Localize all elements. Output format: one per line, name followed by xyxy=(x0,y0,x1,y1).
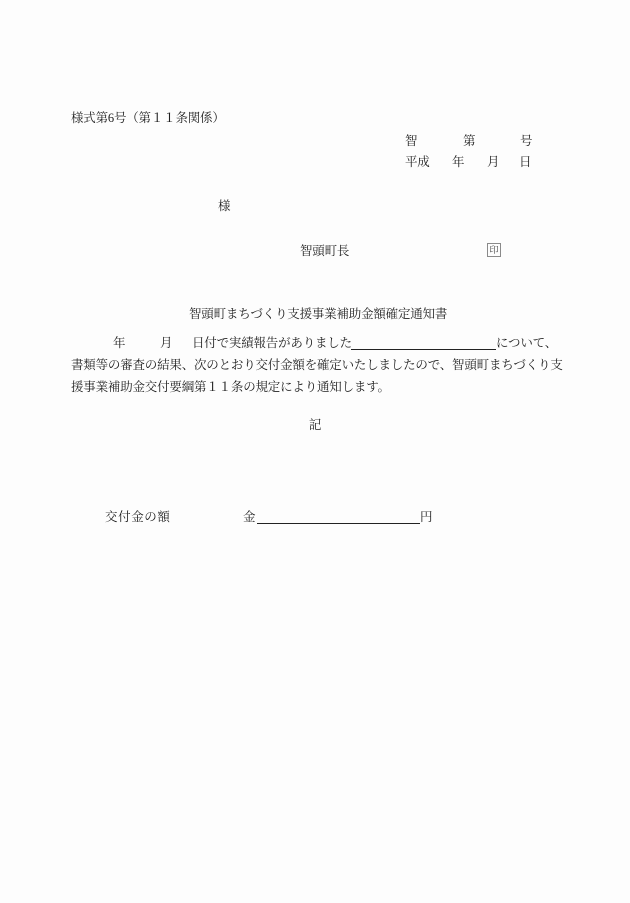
sender-title: 智頭町長 xyxy=(300,244,349,258)
document-page: 様式第6号（第１１条関係） 智 第 号 平成 年 月 日 様 智頭町長 印 智頭… xyxy=(0,0,630,903)
amount-blank-field[interactable] xyxy=(257,510,420,524)
date-month-label: 月 xyxy=(487,155,499,169)
body-line2: 書類等の審査の結果、次のとおり交付金額を確定いたしましたので、智頭町まちづくり支 xyxy=(71,358,563,372)
doc-number-go: 号 xyxy=(520,134,532,148)
amount-prefix: 金 xyxy=(243,510,255,524)
body-line1-phrase: 日付で実績報告がありました xyxy=(192,336,352,350)
document-title: 智頭町まちづくり支援事業補助金額確定通知書 xyxy=(189,307,447,321)
date-year-label: 年 xyxy=(452,155,464,169)
body-month-label: 月 xyxy=(160,336,172,350)
body-line3: 援事業補助金交付要綱第１１条の規定により通知します。 xyxy=(71,380,390,394)
date-era: 平成 xyxy=(405,155,430,169)
seal-mark: 印 xyxy=(487,243,501,257)
ki-heading: 記 xyxy=(0,418,630,432)
amount-suffix: 円 xyxy=(420,510,432,524)
doc-number-prefix: 智 xyxy=(405,134,417,148)
form-number: 様式第6号（第１１条関係） xyxy=(71,111,225,125)
amount-label: 交付金の額 xyxy=(105,510,171,524)
body-year-label: 年 xyxy=(113,336,125,350)
addressee-honorific: 様 xyxy=(218,199,230,213)
date-day-label: 日 xyxy=(519,155,531,169)
body-line1-after: について、 xyxy=(496,336,557,350)
doc-number-dai: 第 xyxy=(463,134,475,148)
report-subject-blank-field[interactable] xyxy=(351,336,496,350)
